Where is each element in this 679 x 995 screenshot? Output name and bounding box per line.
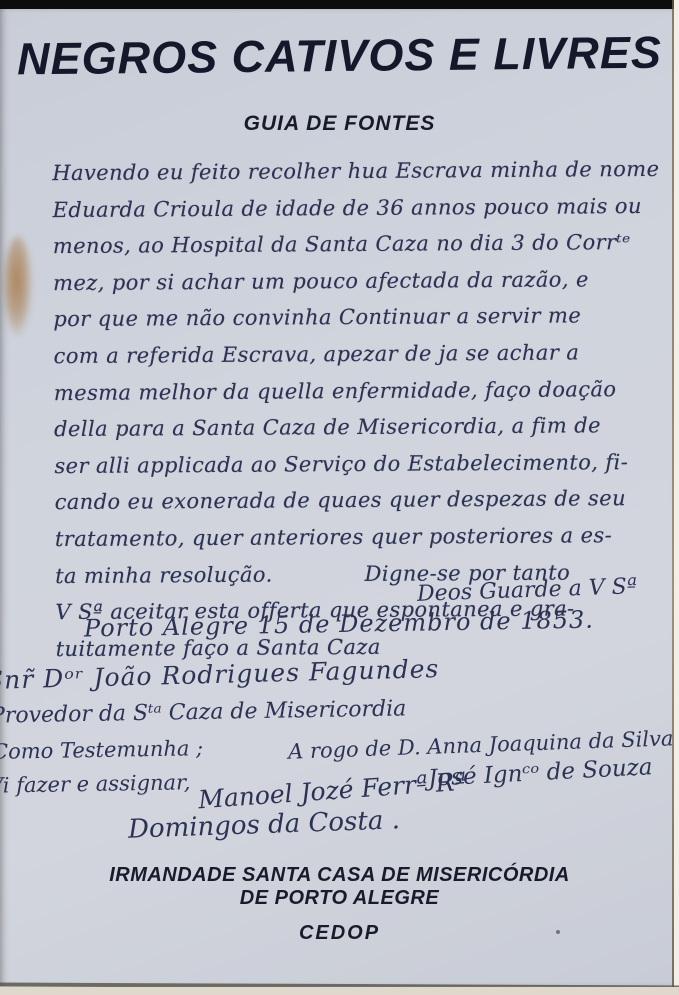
scan-background xyxy=(0,987,679,995)
cover-title: NEGROS CATIVOS E LIVRES xyxy=(0,26,679,85)
manuscript-line: Havendo eu feito recolher hua Escrava mi… xyxy=(52,151,652,192)
stain-mark xyxy=(4,236,32,336)
manuscript-line: tratamento, quer anteriores quer posteri… xyxy=(55,517,655,558)
manuscript-line: della para a Santa Caza de Misericordia,… xyxy=(54,407,654,448)
publisher-name-line2: DE PORTO ALEGRE xyxy=(0,887,679,910)
cover-subtitle: GUIA DE FONTES xyxy=(0,112,679,136)
manuscript-line: mesma melhor da quella enfermidade, faço… xyxy=(54,370,654,411)
manuscript-line: cando eu exonerada de quaes quer despeza… xyxy=(55,480,655,521)
publisher-name-line1: IRMANDADE SANTA CASA DE MISERICÓRDIA xyxy=(0,864,679,887)
scan-top-edge xyxy=(0,0,679,9)
manuscript-line: com a referida Escrava, apezar de ja se … xyxy=(53,334,653,375)
manuscript-line: Eduarda Crioula de idade de 36 annos pou… xyxy=(52,188,652,229)
manuscript-line: mez, por si achar um pouco afectada da r… xyxy=(53,261,653,302)
manuscript-witness-action: Vi fazer e assignar, xyxy=(0,770,191,798)
manuscript-line: ser alli applicada ao Serviço do Estabel… xyxy=(54,444,654,485)
publisher-cedop: CEDOP xyxy=(0,922,679,945)
manuscript-witness-label: Como Testemunha ; xyxy=(0,736,203,764)
manuscript-line: menos, ao Hospital da Santa Caza no dia … xyxy=(53,224,653,265)
page-right-edge xyxy=(674,0,679,995)
book-cover-scan: NEGROS CATIVOS E LIVRES GUIA DE FONTES H… xyxy=(0,0,679,995)
manuscript-line: por que me não convinha Continuar a serv… xyxy=(53,297,653,338)
